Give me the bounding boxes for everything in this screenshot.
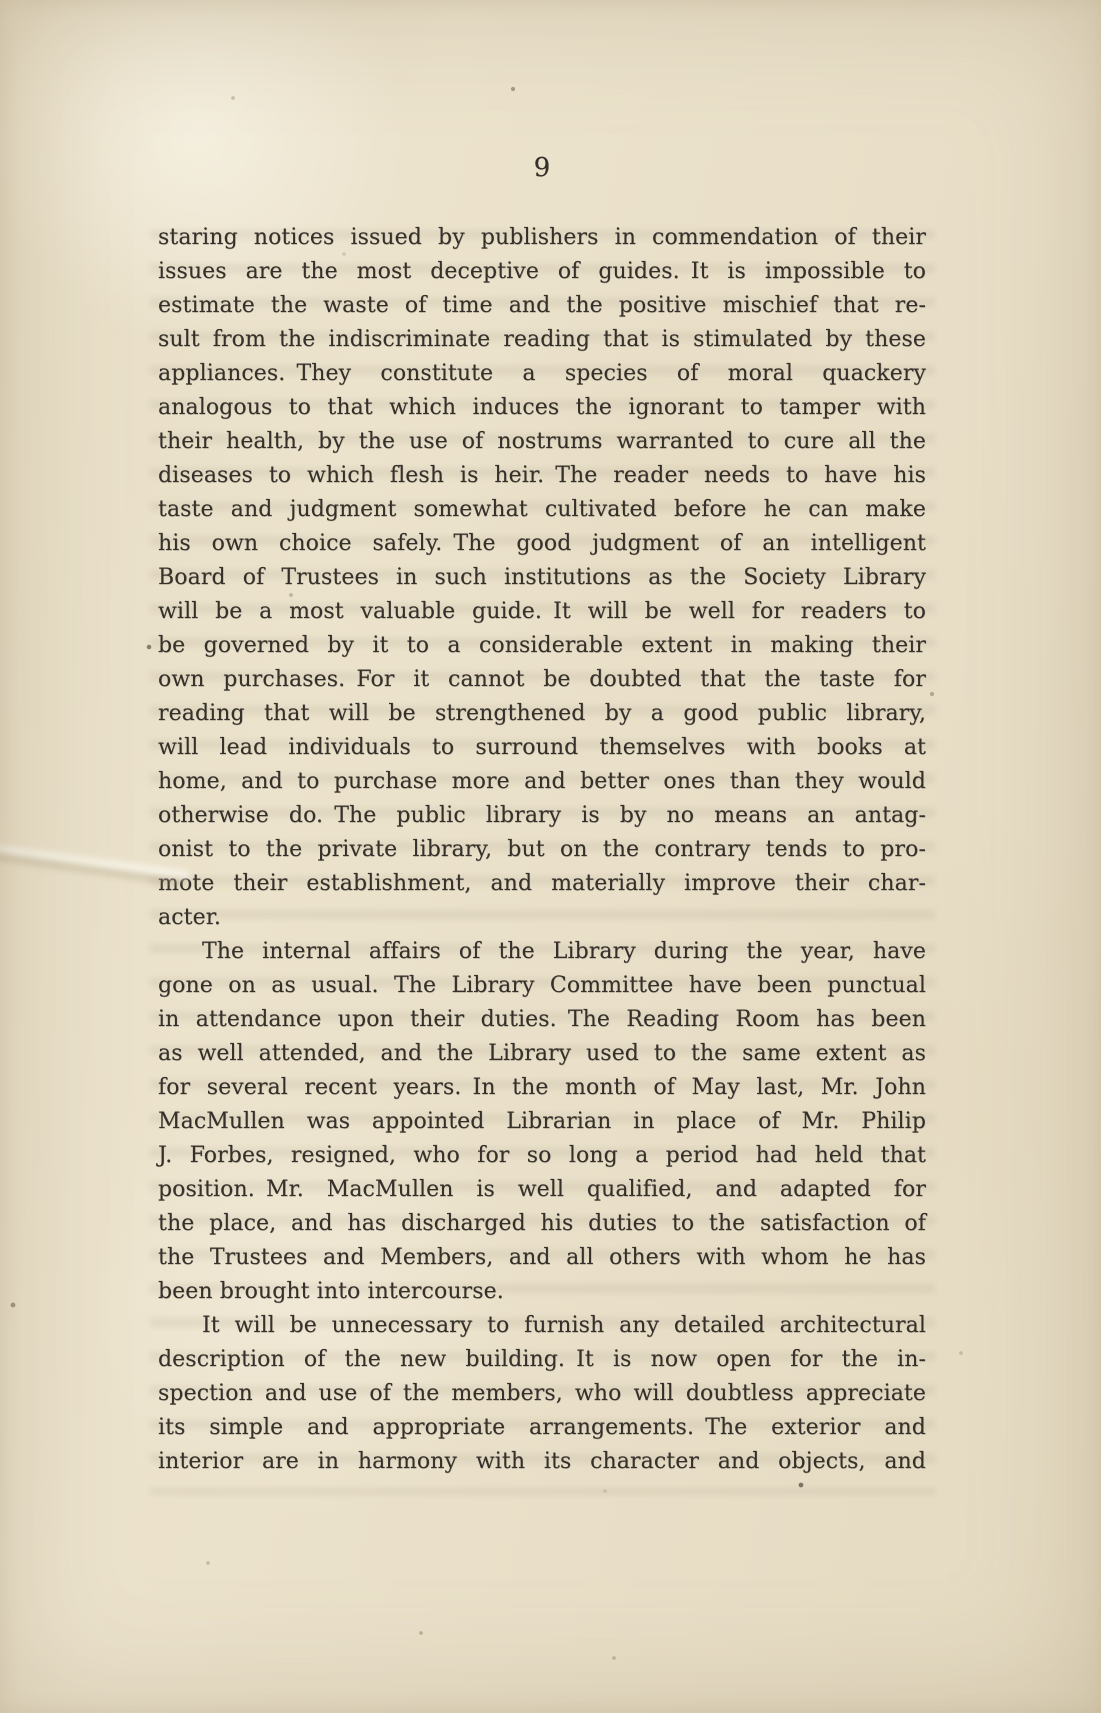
paragraph-2: The internal affairs of the Library duri… bbox=[158, 935, 926, 1309]
text-block: staring notices issued by publishers in … bbox=[158, 221, 926, 1479]
text-line: his own choice safely. The good judgment… bbox=[158, 527, 926, 561]
text-line: acter. bbox=[158, 901, 926, 935]
text-line: taste and judgment somewhat cultivated b… bbox=[158, 493, 926, 527]
paragraph-1: staring notices issued by publishers in … bbox=[158, 221, 926, 935]
paper-specks bbox=[0, 0, 2, 2]
text-line: will lead individuals to surround themse… bbox=[158, 731, 926, 765]
text-line: Board of Trustees in such institutions a… bbox=[158, 561, 926, 595]
text-line: staring notices issued by publishers in … bbox=[158, 221, 926, 255]
text-line: the place, and has discharged his duties… bbox=[158, 1207, 926, 1241]
text-line: reading that will be strengthened by a g… bbox=[158, 697, 926, 731]
text-line: as well attended, and the Library used t… bbox=[158, 1037, 926, 1071]
text-line: issues are the most deceptive of guides.… bbox=[158, 255, 926, 289]
text-line: spection and use of the members, who wil… bbox=[158, 1377, 926, 1411]
text-line: been brought into intercourse. bbox=[158, 1275, 926, 1309]
text-line: interior are in harmony with its charact… bbox=[158, 1445, 926, 1479]
scanned-page: 9 staring notices issued by publishers i… bbox=[0, 0, 1101, 1713]
text-line: description of the new building. It is n… bbox=[158, 1343, 926, 1377]
text-line: onist to the private library, but on the… bbox=[158, 833, 926, 867]
text-line: It will be unnecessary to furnish any de… bbox=[158, 1309, 926, 1343]
text-line: gone on as usual. The Library Committee … bbox=[158, 969, 926, 1003]
text-line: for several recent years. In the month o… bbox=[158, 1071, 926, 1105]
text-line: The internal affairs of the Library duri… bbox=[158, 935, 926, 969]
text-line: its simple and appropriate arrangements.… bbox=[158, 1411, 926, 1445]
text-line: analogous to that which induces the igno… bbox=[158, 391, 926, 425]
text-line: J. Forbes, resigned, who for so long a p… bbox=[158, 1139, 926, 1173]
paragraph-3: It will be unnecessary to furnish any de… bbox=[158, 1309, 926, 1479]
text-line: appliances. They constitute a species of… bbox=[158, 357, 926, 391]
text-line: in attendance upon their duties. The Rea… bbox=[158, 1003, 926, 1037]
text-line: position. Mr. MacMullen is well qualifie… bbox=[158, 1173, 926, 1207]
text-line: be governed by it to a considerable exte… bbox=[158, 629, 926, 663]
text-line: mote their establishment, and materially… bbox=[158, 867, 926, 901]
text-line: estimate the waste of time and the posit… bbox=[158, 289, 926, 323]
text-line: own purchases. For it cannot be doubted … bbox=[158, 663, 926, 697]
text-line: sult from the indiscriminate reading tha… bbox=[158, 323, 926, 357]
text-line: the Trustees and Members, and all others… bbox=[158, 1241, 926, 1275]
text-line: otherwise do. The public library is by n… bbox=[158, 799, 926, 833]
text-line: MacMullen was appointed Librarian in pla… bbox=[158, 1105, 926, 1139]
text-line: home, and to purchase more and better on… bbox=[158, 765, 926, 799]
text-line: diseases to which flesh is heir. The rea… bbox=[158, 459, 926, 493]
page-number: 9 bbox=[158, 153, 926, 183]
text-line: will be a most valuable guide. It will b… bbox=[158, 595, 926, 629]
text-line: their health, by the use of nostrums war… bbox=[158, 425, 926, 459]
